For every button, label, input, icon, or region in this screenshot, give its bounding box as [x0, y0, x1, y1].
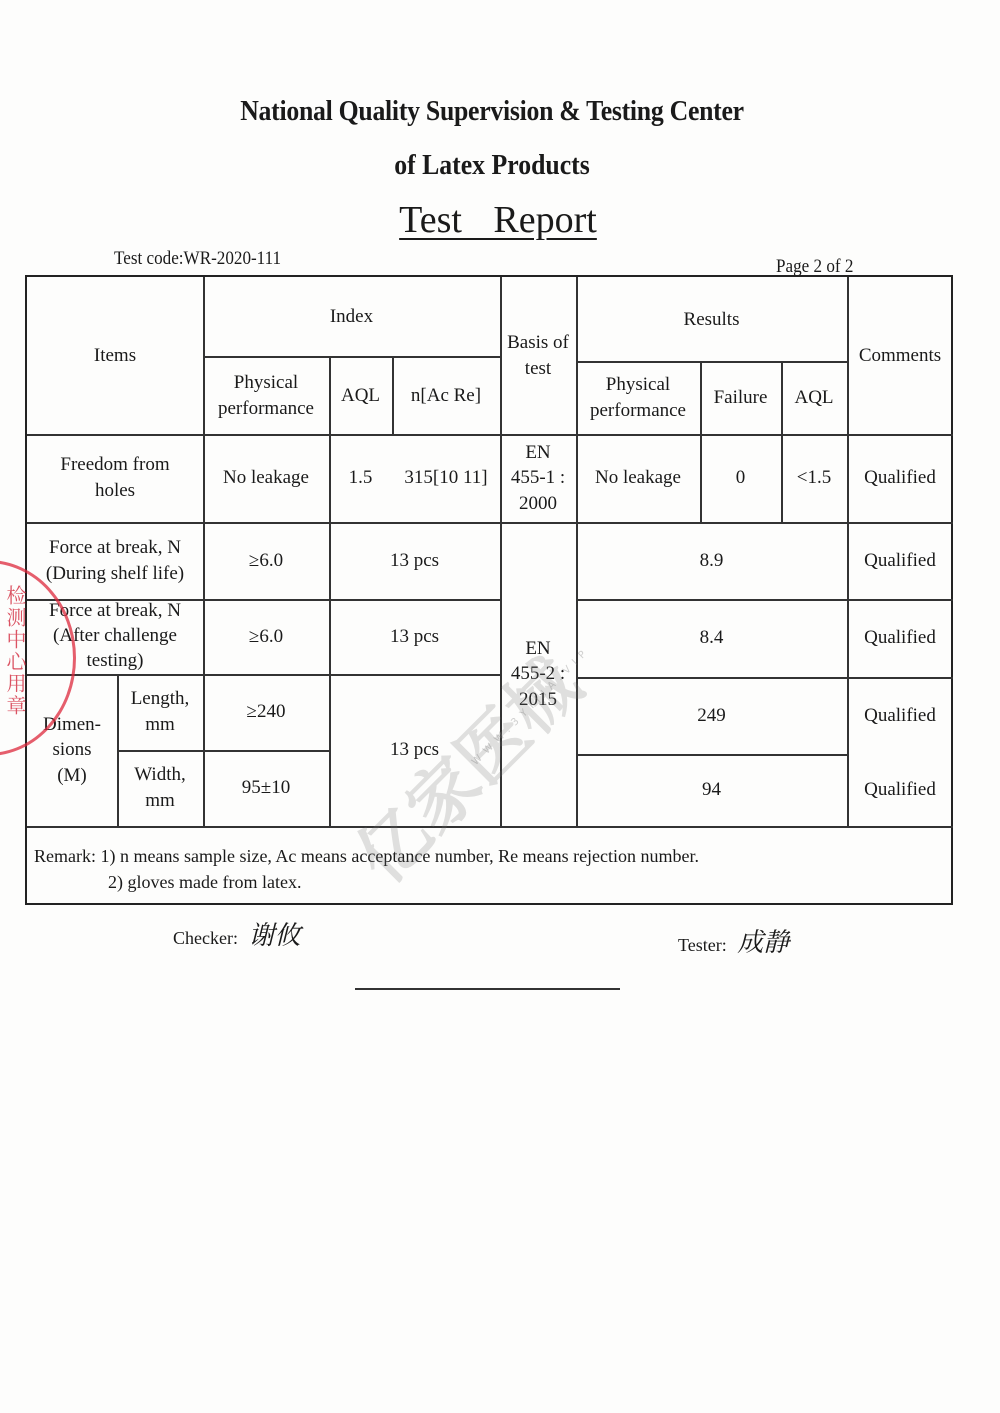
remark-line-1: Remark: 1) n means sample size, Ac means… [34, 843, 699, 869]
row5-index-physical: 95±10 [203, 750, 329, 826]
row5-result: 94 [576, 754, 847, 826]
row5-comment: Qualified [847, 754, 953, 826]
row3-index-physical: ≥6.0 [203, 599, 329, 674]
report-title-text: Test Report [399, 199, 597, 241]
row-item-width: Width, mm [117, 750, 203, 826]
row1-basis: EN 455-1 : 2000 [500, 434, 576, 522]
report-title: Test Report [0, 198, 996, 242]
tester-signature: Tester: 成静 [678, 922, 789, 959]
test-code: Test code:WR-2020-111 [114, 248, 281, 270]
header-results-aql: AQL [781, 362, 847, 434]
checker-label: Checker: [173, 928, 238, 948]
header-basis: Basis of test [500, 277, 576, 434]
row1-index-physical: No leakage [203, 434, 329, 522]
row2-result: 8.9 [576, 522, 847, 599]
row4-index-physical: ≥240 [203, 674, 329, 750]
row4-result: 249 [576, 677, 847, 754]
row1-result-physical: No leakage [576, 434, 700, 522]
row2-comment: Qualified [847, 522, 953, 599]
checker-handwriting: 谢攸 [248, 921, 300, 951]
header-index-aql: AQL [329, 357, 392, 434]
row4-comment: Qualified [847, 677, 953, 754]
header-comments: Comments [847, 277, 953, 434]
remark: Remark: 1) n means sample size, Ac means… [34, 843, 699, 895]
row3-comment: Qualified [847, 599, 953, 677]
organization-name: National Quality Supervision & Testing C… [39, 96, 944, 128]
tester-label: Tester: [678, 935, 727, 955]
header-index-physical: Physical performance [203, 357, 329, 434]
row1-index-aql: 1.5 [329, 434, 392, 522]
header-results-physical: Physical performance [576, 362, 700, 434]
row2-index-physical: ≥6.0 [203, 522, 329, 599]
row1-index-n: 315[10 11] [392, 434, 500, 522]
tester-handwriting: 成静 [737, 928, 789, 958]
checker-signature: Checker: 谢攸 [173, 915, 300, 952]
header-index-n: n[Ac Re] [392, 357, 500, 434]
official-stamp-text: 检测中心用章 [0, 585, 29, 717]
row-item-length: Length, mm [117, 674, 203, 750]
header-items: Items [27, 277, 203, 434]
row-item-freedom-from-holes: Freedom from holes [27, 434, 203, 522]
row3-sample: 13 pcs [329, 599, 500, 674]
row1-comment: Qualified [847, 434, 953, 522]
row2-sample: 13 pcs [329, 522, 500, 599]
header-index: Index [203, 277, 500, 357]
header-results: Results [576, 277, 847, 362]
dimensions-sample: 13 pcs [329, 674, 500, 826]
row3-result: 8.4 [576, 599, 847, 677]
remark-line-2: 2) gloves made from latex. [34, 869, 699, 895]
organization-subtitle: of Latex Products [39, 150, 944, 182]
basis-en455-2: EN 455-2 : 2015 [500, 522, 576, 826]
signature-line [355, 988, 620, 990]
row-item-force-shelf-life: Force at break, N (During shelf life) [27, 522, 203, 599]
row1-result-failure: 0 [700, 434, 781, 522]
results-table: Items Index Physical performance AQL n[A… [25, 275, 953, 905]
header-results-failure: Failure [700, 362, 781, 434]
row1-result-aql: <1.5 [781, 434, 847, 522]
